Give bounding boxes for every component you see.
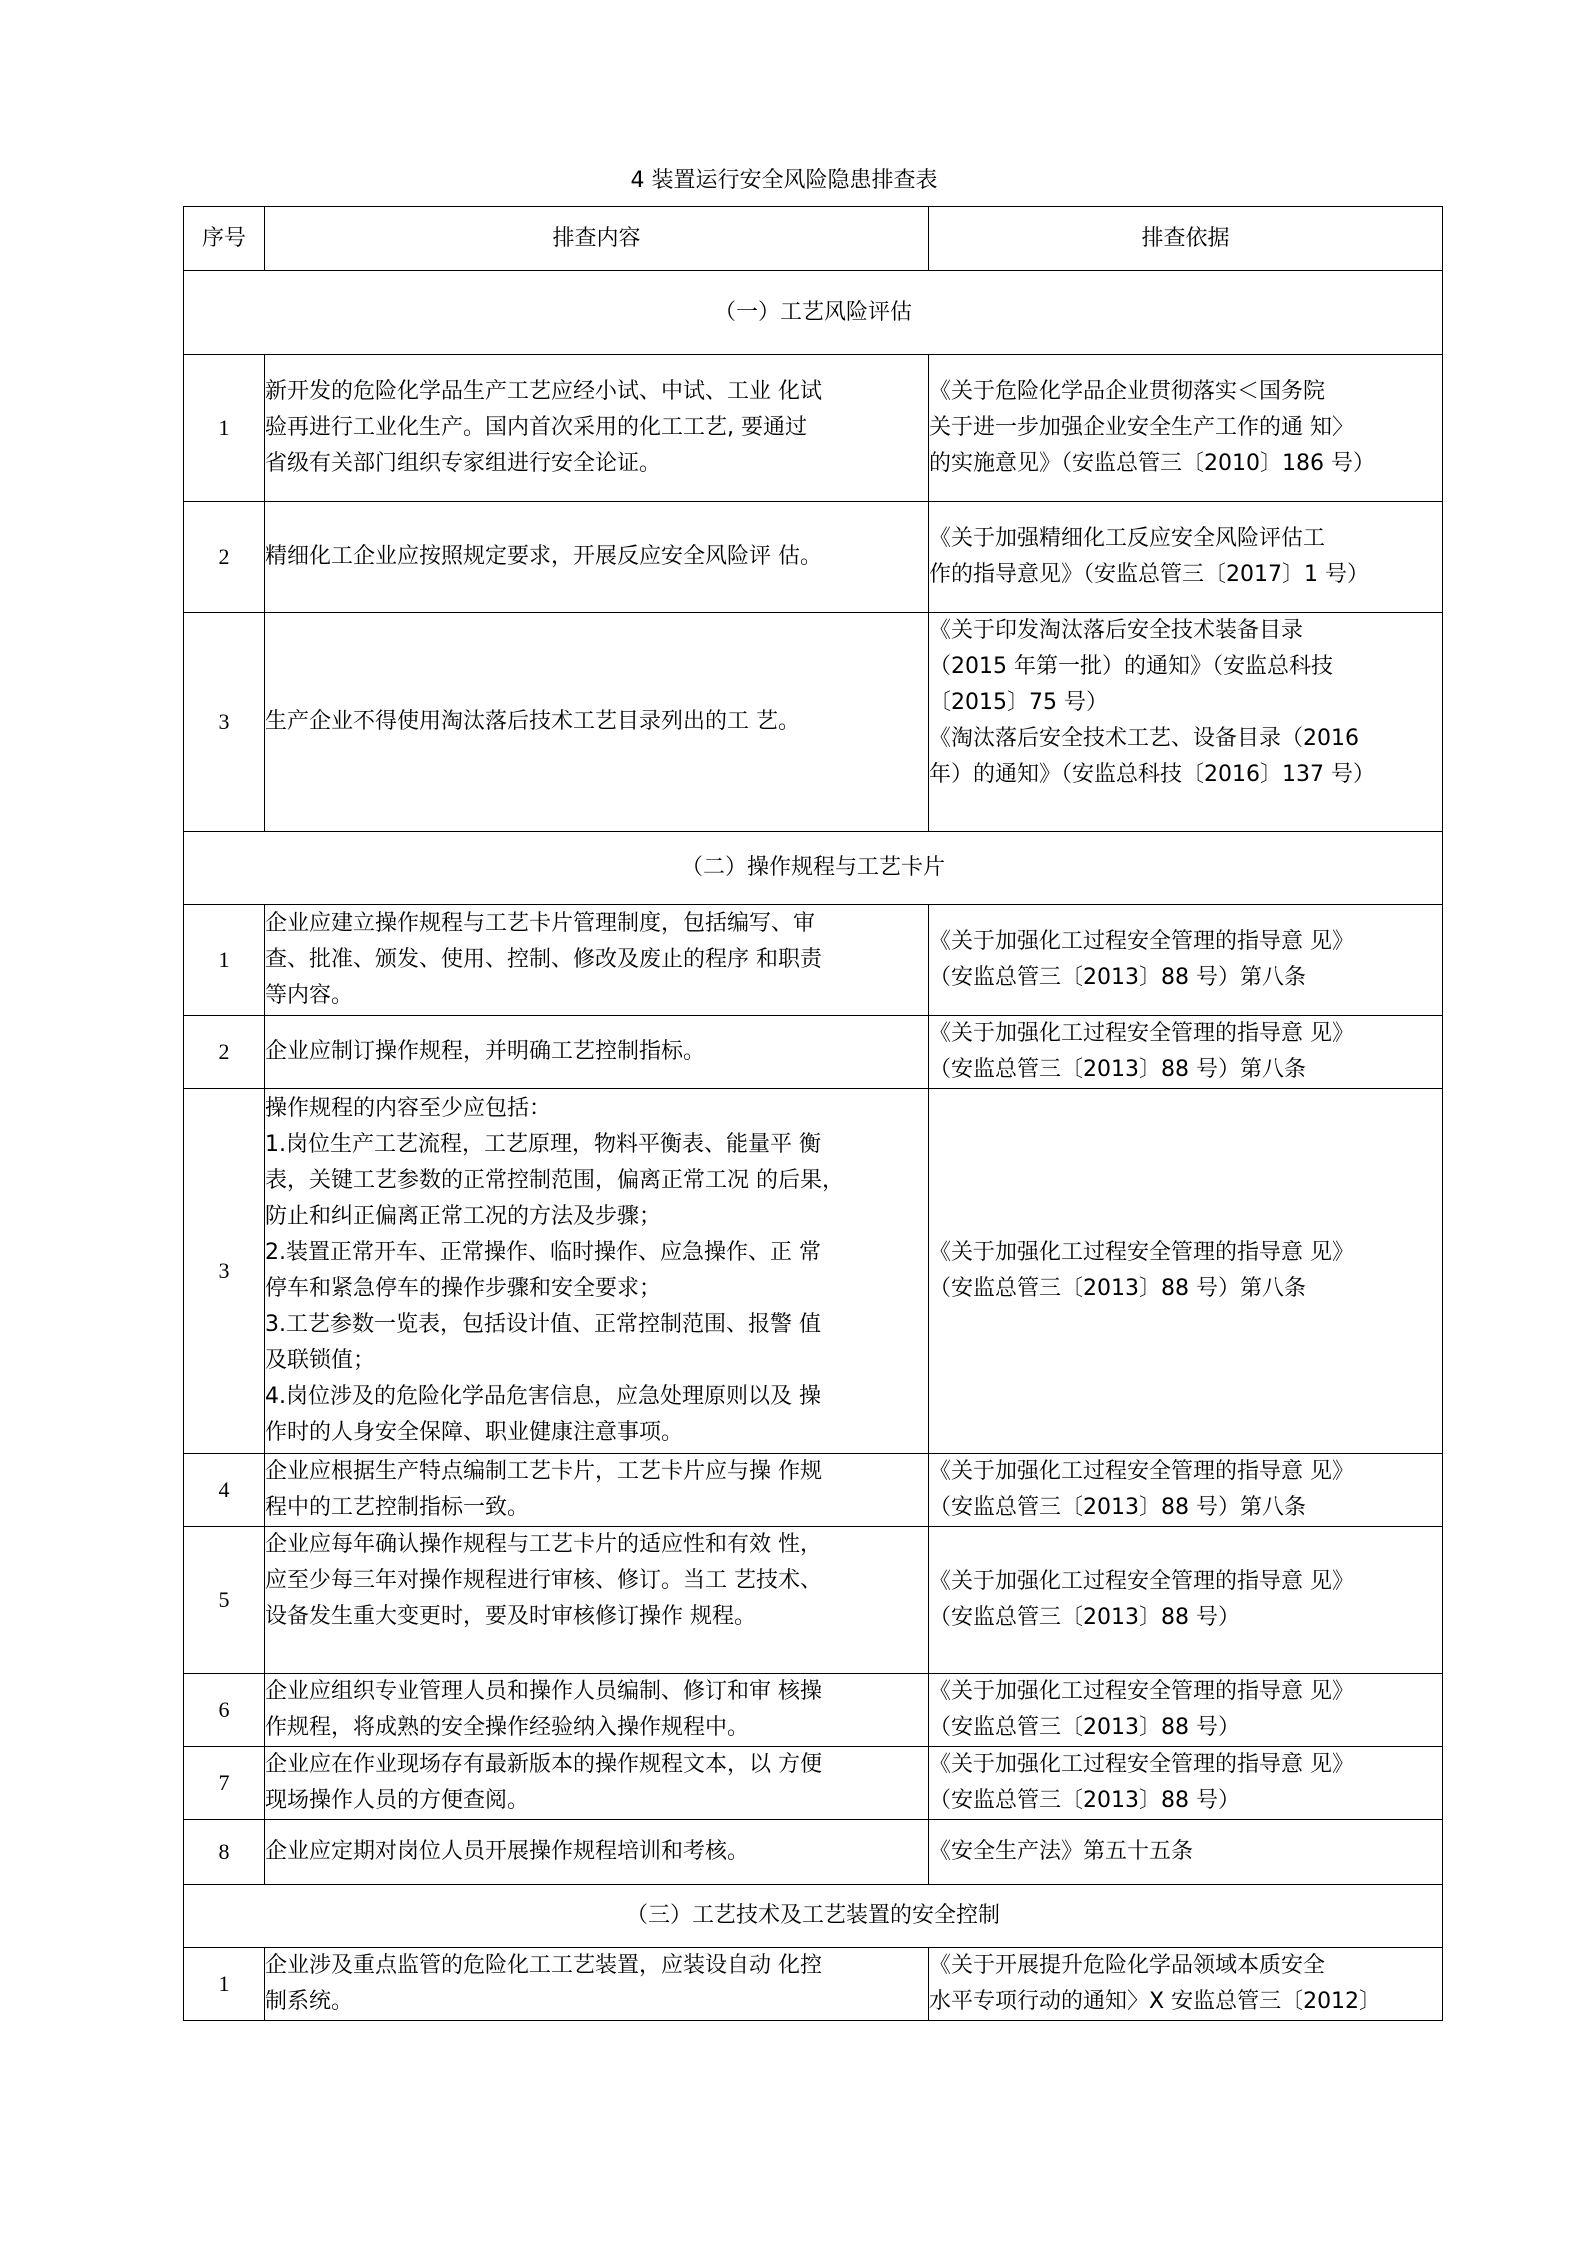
table-row: 6 企业应组织专业管理人员和操作人员编制、修订和审 核操 作规程，将成熟的安全操… [184,1674,1443,1747]
basis-line: 《关于加强化工过程安全管理的指导意 见》 [929,1747,1442,1783]
row-number: 1 [184,355,265,502]
basis-line: （安监总管三〔2013〕88 号）第八条 [929,1052,1442,1088]
basis-line: 水平专项行动的通知〉X 安监总管三〔2012〕 [929,1984,1442,2020]
section-title: （二）操作规程与工艺卡片 [184,832,1443,905]
section-header-row: （一）工艺风险评估 [184,271,1443,355]
content-line: 企业应组织专业管理人员和操作人员编制、修订和审 核操 [265,1674,928,1710]
basis-line: 《安全生产法》第五十五条 [929,1834,1442,1870]
check-basis: 《关于加强化工过程安全管理的指导意 见》 （安监总管三〔2013〕88 号） [929,1747,1443,1820]
content-line: 企业应建立操作规程与工艺卡片管理制度，包括编写、审 [265,906,928,942]
check-basis: 《关于加强化工过程安全管理的指导意 见》 （安监总管三〔2013〕88 号）第八… [929,1016,1443,1089]
section-title: （一）工艺风险评估 [184,271,1443,355]
basis-line: 《关于加强化工过程安全管理的指导意 见》 [929,924,1442,960]
basis-line: （安监总管三〔2013〕88 号） [929,1710,1442,1746]
basis-line: 作的指导意见》（安监总管三〔2017〕1 号） [929,557,1442,593]
content-line: 企业应定期对岗位人员开展操作规程培训和考核。 [265,1834,928,1870]
content-line: 停车和紧急停车的操作步骤和安全要求； [265,1271,928,1307]
hazard-checklist-table: 序号 排查内容 排查依据 （一）工艺风险评估 1 新开发的危险化学品生产工艺应经… [183,206,1443,2021]
basis-line: （安监总管三〔2013〕88 号） [929,1783,1442,1819]
basis-line: 《关于加强化工过程安全管理的指导意 见》 [929,1235,1442,1271]
check-content: 企业应制订操作规程，并明确工艺控制指标。 [265,1016,929,1089]
check-content: 企业应组织专业管理人员和操作人员编制、修订和审 核操 作规程，将成熟的安全操作经… [265,1674,929,1747]
check-basis: 《安全生产法》第五十五条 [929,1820,1443,1885]
row-number: 3 [184,1089,265,1454]
check-basis: 《关于加强化工过程安全管理的指导意 见》 （安监总管三〔2013〕88 号）第八… [929,1454,1443,1527]
row-number: 5 [184,1527,265,1674]
content-line: 应至少每三年对操作规程进行审核、修订。当工 艺技术、 [265,1563,928,1599]
basis-line: （安监总管三〔2013〕88 号） [929,1600,1442,1636]
check-basis: 《关于印发淘汰落后安全技术装备目录 （2015 年第一批）的通知》（安监总科技 … [929,613,1443,832]
basis-line: 年）的通知》（安监总科技〔2016〕137 号） [929,757,1442,793]
content-line: 及联锁值； [265,1343,928,1379]
check-basis: 《关于加强精细化工反应安全风险评估工 作的指导意见》（安监总管三〔2017〕1 … [929,502,1443,613]
table-row: 1 新开发的危险化学品生产工艺应经小试、中试、工业 化试 验再进行工业化生产。国… [184,355,1443,502]
check-basis: 《关于加强化工过程安全管理的指导意 见》 （安监总管三〔2013〕88 号）第八… [929,905,1443,1016]
basis-line: （安监总管三〔2013〕88 号）第八条 [929,1271,1442,1307]
check-content: 企业应每年确认操作规程与工艺卡片的适应性和有效 性， 应至少每三年对操作规程进行… [265,1527,929,1674]
row-number: 3 [184,613,265,832]
content-line: 防止和纠正偏离正常工况的方法及步骤； [265,1199,928,1235]
check-content: 企业应定期对岗位人员开展操作规程培训和考核。 [265,1820,929,1885]
content-line: 等内容。 [265,978,928,1014]
section-header-row: （二）操作规程与工艺卡片 [184,832,1443,905]
content-line: 3.工艺参数一览表，包括设计值、正常控制范围、报警 值 [265,1307,928,1343]
basis-line: （2015 年第一批）的通知》（安监总科技 [929,649,1442,685]
content-line: 操作规程的内容至少应包括： [265,1091,928,1127]
table-row: 7 企业应在作业现场存有最新版本的操作规程文本，以 方便 现场操作人员的方便查阅… [184,1747,1443,1820]
content-line: 新开发的危险化学品生产工艺应经小试、中试、工业 化试 [265,374,928,410]
table-row: 5 企业应每年确认操作规程与工艺卡片的适应性和有效 性， 应至少每三年对操作规程… [184,1527,1443,1674]
basis-line: 《关于加强精细化工反应安全风险评估工 [929,521,1442,557]
check-content: 企业涉及重点监管的危险化工工艺装置，应装设自动 化控 制系统。 [265,1948,929,2021]
content-line: 企业应每年确认操作规程与工艺卡片的适应性和有效 性， [265,1527,928,1563]
content-line: 省级有关部门组织专家组进行安全论证。 [265,446,928,482]
content-line: 制系统。 [265,1984,928,2020]
content-line: 查、批准、颁发、使用、控制、修改及废止的程序 和职责 [265,942,928,978]
basis-line: 的实施意见》（安监总管三〔2010〕186 号） [929,446,1442,482]
content-line: 表，关键工艺参数的正常控制范围，偏离正常工况 的后果， [265,1163,928,1199]
table-row: 3 操作规程的内容至少应包括： 1.岗位生产工艺流程，工艺原理，物料平衡表、能量… [184,1089,1443,1454]
content-line: 设备发生重大变更时，要及时审核修订操作 规程。 [265,1599,928,1635]
basis-line: 关于进一步加强企业安全生产工作的通 知〉 [929,410,1442,446]
table-row: 1 企业应建立操作规程与工艺卡片管理制度，包括编写、审 查、批准、颁发、使用、控… [184,905,1443,1016]
row-number: 7 [184,1747,265,1820]
check-basis: 《关于开展提升危险化学品领域本质安全 水平专项行动的通知〉X 安监总管三〔201… [929,1948,1443,2021]
content-line: 企业应在作业现场存有最新版本的操作规程文本，以 方便 [265,1747,928,1783]
content-line: 程中的工艺控制指标一致。 [265,1490,928,1526]
content-line: 精细化工企业应按照规定要求，开展反应安全风险评 估。 [265,539,928,575]
content-line: 4.岗位涉及的危险化学品危害信息，应急处理原则以及 操 [265,1379,928,1415]
check-content: 企业应建立操作规程与工艺卡片管理制度，包括编写、审 查、批准、颁发、使用、控制、… [265,905,929,1016]
content-line: 现场操作人员的方便查阅。 [265,1783,928,1819]
content-line: 企业涉及重点监管的危险化工工艺装置，应装设自动 化控 [265,1948,928,1984]
basis-line: 《关于加强化工过程安全管理的指导意 见》 [929,1564,1442,1600]
content-line: 企业应制订操作规程，并明确工艺控制指标。 [265,1034,928,1070]
table-row: 8 企业应定期对岗位人员开展操作规程培训和考核。 《安全生产法》第五十五条 [184,1820,1443,1885]
content-line: 作时的人身安全保障、职业健康注意事项。 [265,1415,928,1451]
check-content: 企业应在作业现场存有最新版本的操作规程文本，以 方便 现场操作人员的方便查阅。 [265,1747,929,1820]
basis-line: 《关于加强化工过程安全管理的指导意 见》 [929,1454,1442,1490]
basis-line: 《关于加强化工过程安全管理的指导意 见》 [929,1016,1442,1052]
table-row: 2 精细化工企业应按照规定要求，开展反应安全风险评 估。 《关于加强精细化工反应… [184,502,1443,613]
section-header-row: （三）工艺技术及工艺装置的安全控制 [184,1885,1443,1948]
content-line: 1.岗位生产工艺流程，工艺原理，物料平衡表、能量平 衡 [265,1127,928,1163]
check-content: 操作规程的内容至少应包括： 1.岗位生产工艺流程，工艺原理，物料平衡表、能量平 … [265,1089,929,1454]
header-no: 序号 [184,207,265,271]
basis-line: 《关于加强化工过程安全管理的指导意 见》 [929,1674,1442,1710]
content-line: 企业应根据生产特点编制工艺卡片，工艺卡片应与操 作规 [265,1454,928,1490]
basis-line: 《淘汰落后安全技术工艺、设备目录（2016 [929,721,1442,757]
table-row: 2 企业应制订操作规程，并明确工艺控制指标。 《关于加强化工过程安全管理的指导意… [184,1016,1443,1089]
check-content: 生产企业不得使用淘汰落后技术工艺目录列出的工 艺。 [265,613,929,832]
check-content: 企业应根据生产特点编制工艺卡片，工艺卡片应与操 作规 程中的工艺控制指标一致。 [265,1454,929,1527]
basis-line: 《关于危险化学品企业贯彻落实＜国务院 [929,374,1442,410]
check-basis: 《关于危险化学品企业贯彻落实＜国务院 关于进一步加强企业安全生产工作的通 知〉 … [929,355,1443,502]
table-header-row: 序号 排查内容 排查依据 [184,207,1443,271]
header-basis: 排查依据 [929,207,1443,271]
check-basis: 《关于加强化工过程安全管理的指导意 见》 （安监总管三〔2013〕88 号） [929,1674,1443,1747]
table-row: 1 企业涉及重点监管的危险化工工艺装置，应装设自动 化控 制系统。 《关于开展提… [184,1948,1443,2021]
basis-line: （安监总管三〔2013〕88 号）第八条 [929,1490,1442,1526]
row-number: 4 [184,1454,265,1527]
row-number: 1 [184,905,265,1016]
table-row: 4 企业应根据生产特点编制工艺卡片，工艺卡片应与操 作规 程中的工艺控制指标一致… [184,1454,1443,1527]
row-number: 1 [184,1948,265,2021]
row-number: 6 [184,1674,265,1747]
document-title: 4 装置运行安全风险隐患排查表 [0,168,1568,194]
basis-line: 《关于印发淘汰落后安全技术装备目录 [929,613,1442,649]
row-number: 2 [184,1016,265,1089]
content-line: 验再进行工业化生产。国内首次采用的化工工艺, 要通过 [265,410,928,446]
row-number: 8 [184,1820,265,1885]
check-basis: 《关于加强化工过程安全管理的指导意 见》 （安监总管三〔2013〕88 号） [929,1527,1443,1674]
check-basis: 《关于加强化工过程安全管理的指导意 见》 （安监总管三〔2013〕88 号）第八… [929,1089,1443,1454]
check-content: 精细化工企业应按照规定要求，开展反应安全风险评 估。 [265,502,929,613]
basis-line: （安监总管三〔2013〕88 号）第八条 [929,960,1442,996]
row-number: 2 [184,502,265,613]
content-line: 作规程，将成熟的安全操作经验纳入操作规程中。 [265,1710,928,1746]
basis-line: 《关于开展提升危险化学品领域本质安全 [929,1948,1442,1984]
basis-line: 〔2015〕75 号） [929,685,1442,721]
content-line: 生产企业不得使用淘汰落后技术工艺目录列出的工 艺。 [265,704,928,740]
section-title: （三）工艺技术及工艺装置的安全控制 [184,1885,1443,1948]
content-line: 2.装置正常开车、正常操作、临时操作、应急操作、正 常 [265,1235,928,1271]
check-content: 新开发的危险化学品生产工艺应经小试、中试、工业 化试 验再进行工业化生产。国内首… [265,355,929,502]
table-row: 3 生产企业不得使用淘汰落后技术工艺目录列出的工 艺。 《关于印发淘汰落后安全技… [184,613,1443,832]
header-content: 排查内容 [265,207,929,271]
